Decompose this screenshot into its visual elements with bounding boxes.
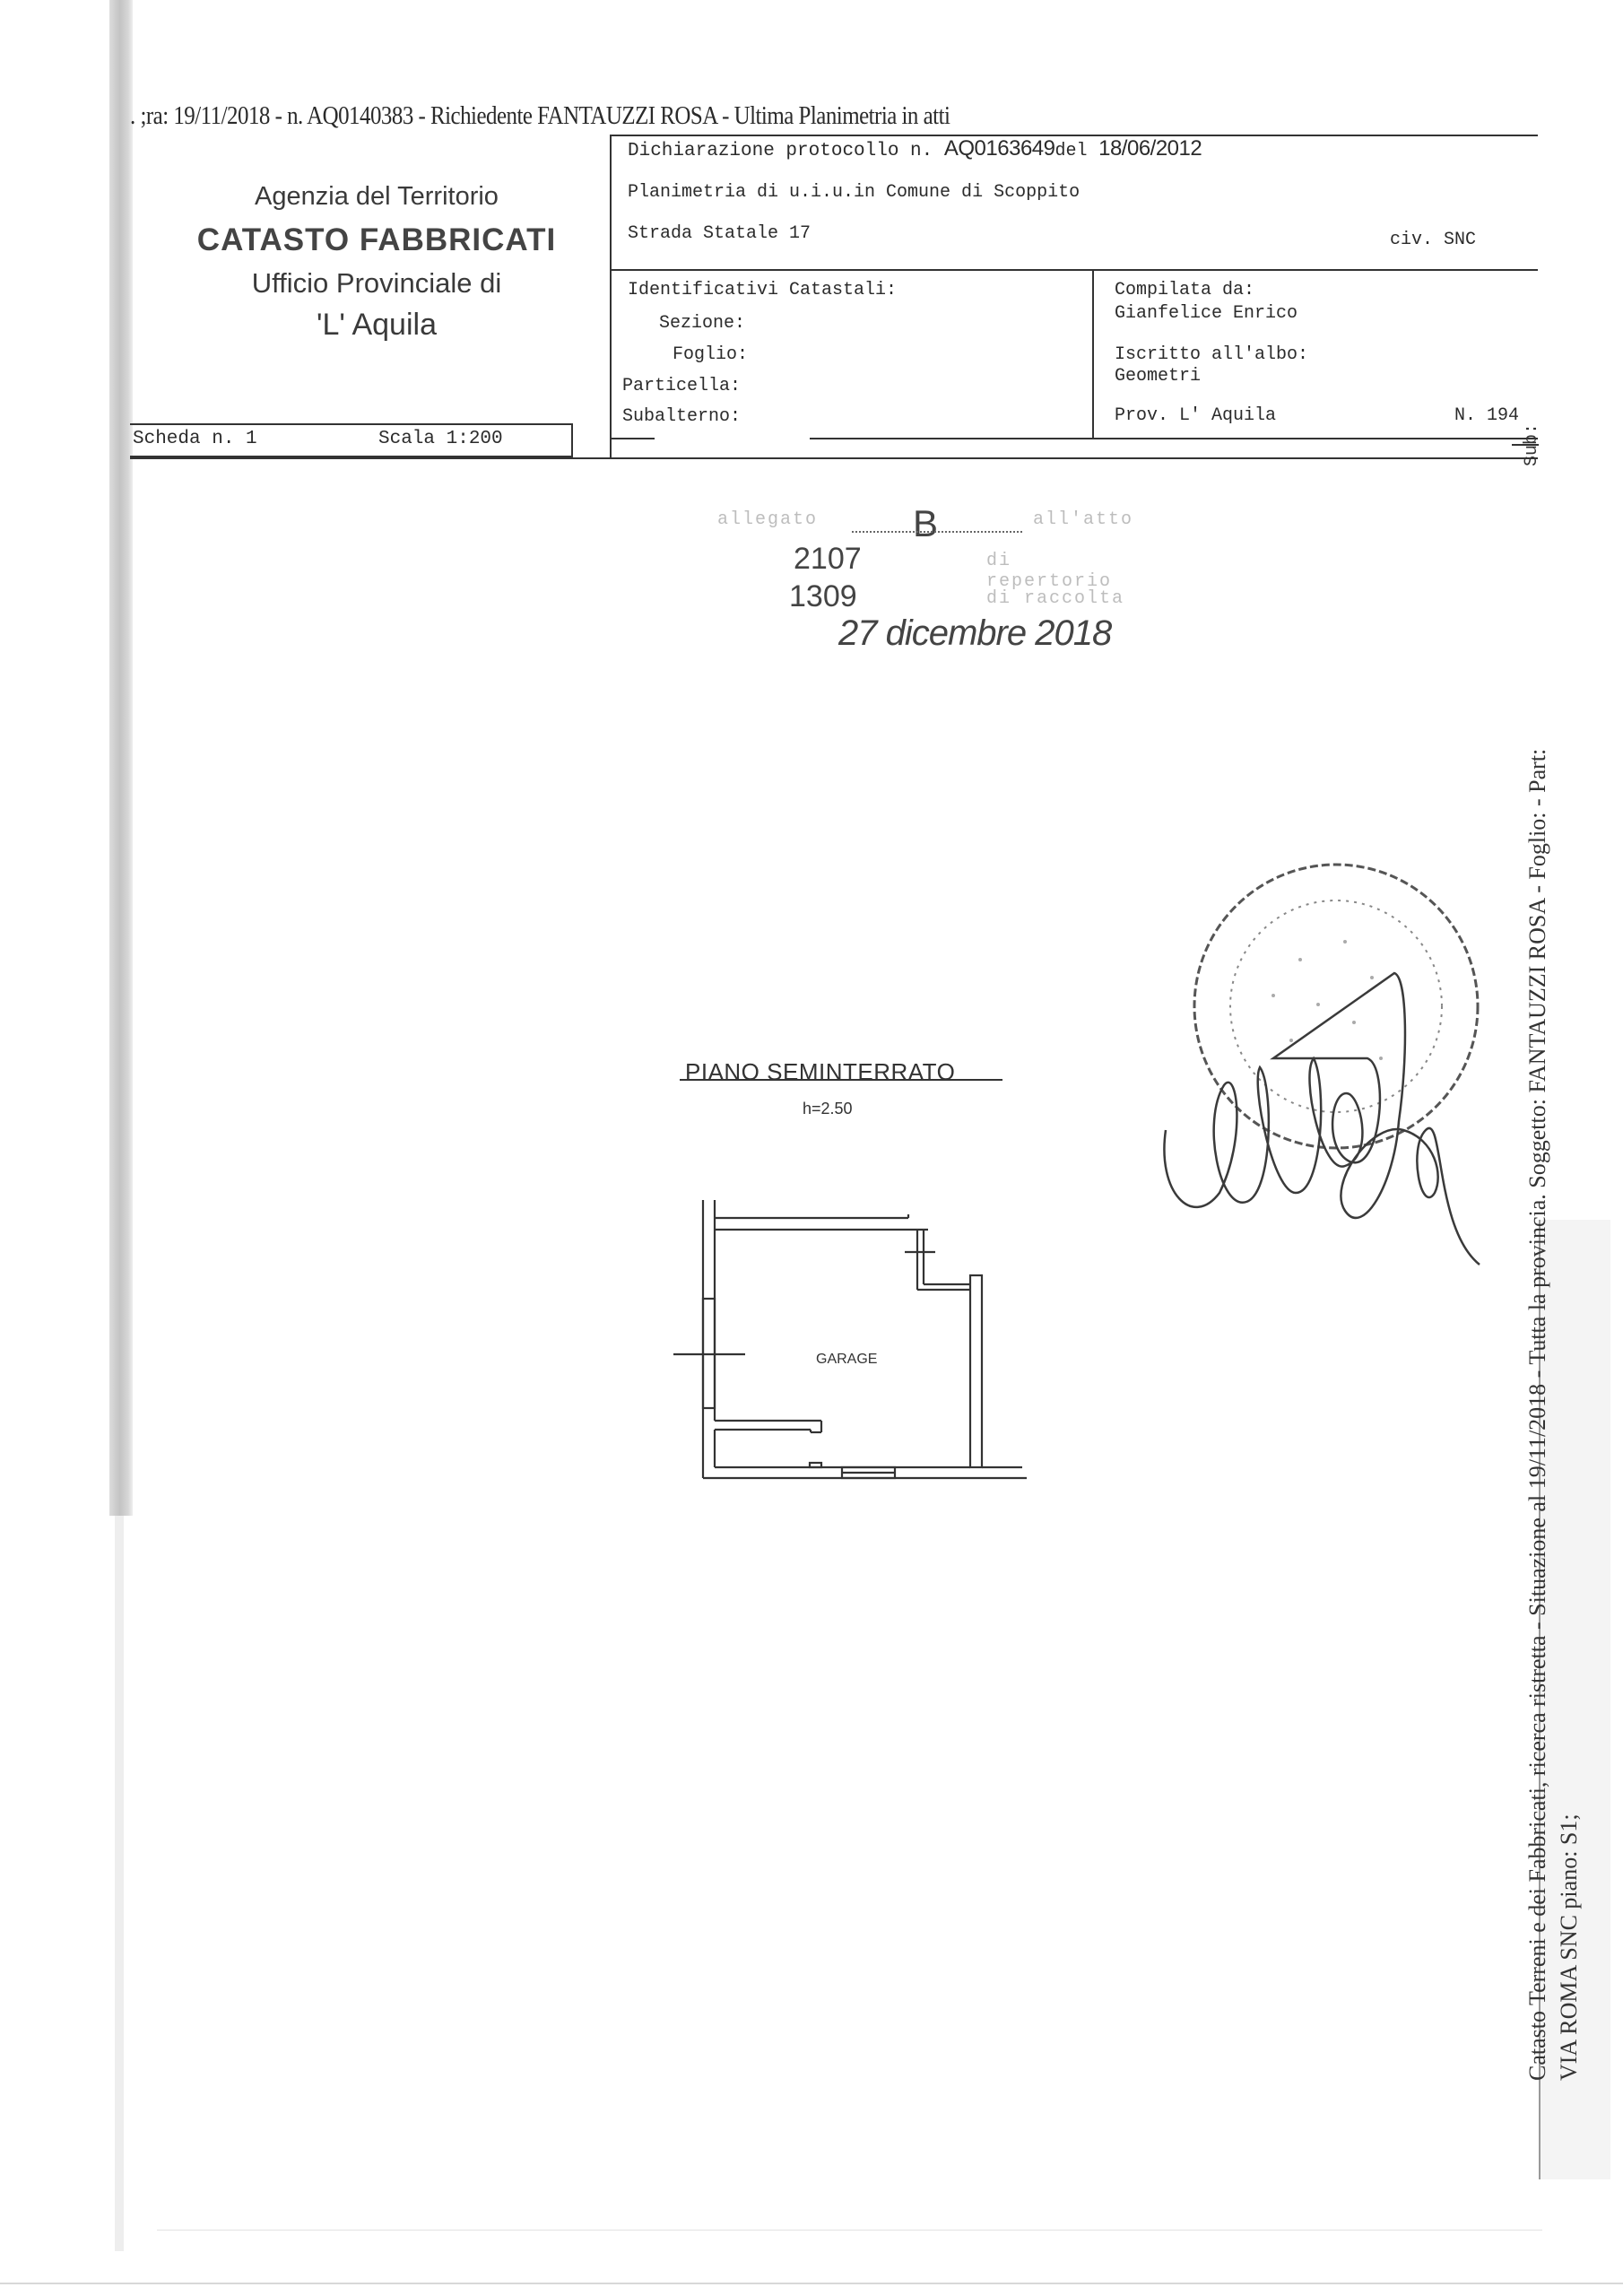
document-header-line: . ;ra: 19/11/2018 - n. AQ0140383 - Richi… <box>130 101 950 131</box>
side-text-line2: VIA ROMA SNC piano: S1; <box>1556 1813 1583 2081</box>
side-sub-rule <box>1512 444 1539 446</box>
declaration-protocol: Dichiarazione protocollo n. AQ0163649del… <box>628 136 1202 161</box>
prov-label: Prov. L' Aquila <box>1115 405 1276 426</box>
raccolta-number: 1309 <box>789 579 857 614</box>
office-city: 'L' Aquila <box>126 308 628 343</box>
table-left-rule <box>610 135 612 457</box>
table-base-rule <box>130 457 1538 459</box>
floor-height: h=2.50 <box>803 1100 853 1118</box>
allegato-dots <box>852 531 1022 533</box>
repertorio-number: 2107 <box>794 542 862 577</box>
side-text-line1: Catasto Terreni e dei Fabbricati, ricerc… <box>1524 749 1551 2081</box>
repertorio-label: di repertorio <box>986 551 1148 592</box>
table-mid-rule <box>610 269 1538 271</box>
office-label: Ufficio Provinciale di <box>126 267 628 300</box>
catasto-title: CATASTO FABBRICATI <box>126 222 628 258</box>
allegato-suffix: all'atto <box>1033 509 1133 530</box>
address-line: Strada Statale 17 <box>628 223 811 244</box>
albo-label: Iscritto all'albo: <box>1115 344 1308 365</box>
protocol-del: del <box>1055 141 1087 161</box>
protocol-prefix: Dichiarazione protocollo n. <box>628 141 933 161</box>
albo-value: Geometri <box>1115 366 1201 387</box>
registration-number: N. 194 <box>1454 405 1519 426</box>
agency-name: Agenzia del Territorio <box>126 182 628 212</box>
table-bottom-rule-2 <box>810 438 1538 439</box>
table-col-rule <box>1092 269 1094 438</box>
scan-bottom-rule <box>0 2283 1623 2284</box>
table-bottom-rule <box>610 438 655 439</box>
garage-floorplan: GARAGE <box>646 1184 1058 1489</box>
particella-label: Particella: <box>622 376 741 396</box>
foglio-label: Foglio: <box>673 344 748 365</box>
subalterno-label: Subalterno: <box>622 406 741 427</box>
sezione-label: Sezione: <box>659 313 745 334</box>
page-bottom-edge <box>157 2230 1542 2231</box>
garage-label: GARAGE <box>816 1352 877 1367</box>
compilata-label: Compilata da: <box>1115 280 1254 300</box>
allegato-prefix: allegato <box>717 509 818 530</box>
identifiers-heading: Identificativi Catastali: <box>628 280 897 300</box>
handwritten-date: 27 dicembre 2018 <box>838 613 1111 654</box>
planimetria-line: Planimetria di u.i.u.in Comune di Scoppi… <box>628 182 1080 203</box>
protocol-number: AQ0163649 <box>944 136 1055 161</box>
compiler-name: Gianfelice Enrico <box>1115 303 1298 324</box>
scala-label: Scala 1:200 <box>378 429 503 449</box>
floor-title-underline <box>680 1079 1002 1081</box>
allegato-letter: B <box>913 502 938 545</box>
notary-seal-icon <box>1139 852 1515 1274</box>
civico-label: civ. SNC <box>1390 230 1476 250</box>
raccolta-label: di raccolta <box>986 588 1124 609</box>
floor-title: PIANO SEMINTERRATO <box>685 1058 955 1086</box>
scheda-label: Scheda n. 1 <box>133 429 257 449</box>
scan-shadow-left-lower <box>115 1516 124 2251</box>
attachment-stamp: allegato B all'atto 2107 di repertorio 1… <box>717 502 1148 673</box>
protocol-date: 18/06/2012 <box>1098 136 1202 161</box>
